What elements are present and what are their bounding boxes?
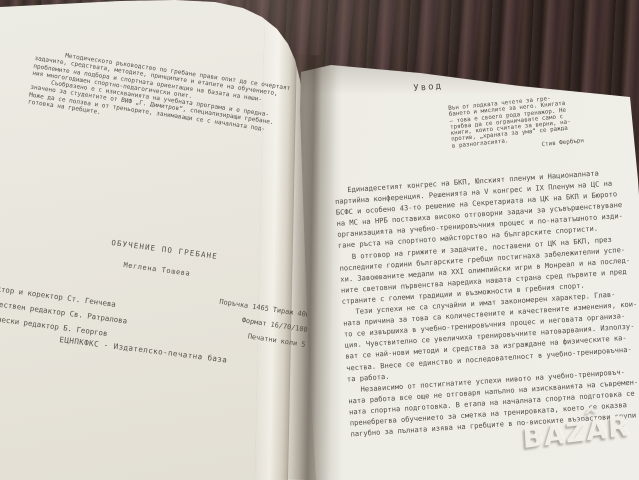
book-title: ОБУЧЕНИЕ ПО ГРЕБАНЕ xyxy=(111,238,219,261)
colophon-editors: Редактор и коректор Ст. ГенчеваХудожеств… xyxy=(0,279,130,343)
left-intro-text: Методическото ръководство по гребане пра… xyxy=(28,48,291,143)
watermark-roof-accent: ^ xyxy=(583,403,601,428)
body-text: Единадесетият конгрес на БКП, Юлският пл… xyxy=(334,165,639,439)
publisher-line: ЕЦНПКФКС - Издателско-печатна база xyxy=(59,335,228,365)
book-author: Меглена Тошева xyxy=(123,261,191,278)
chapter-heading: Увод xyxy=(413,81,443,94)
epigraph: Вън от лодката четете за гре-бането и ми… xyxy=(448,93,584,157)
photo-open-book: Методическото ръководство по гребане пра… xyxy=(0,0,639,480)
book-spine-gutter xyxy=(282,55,337,480)
